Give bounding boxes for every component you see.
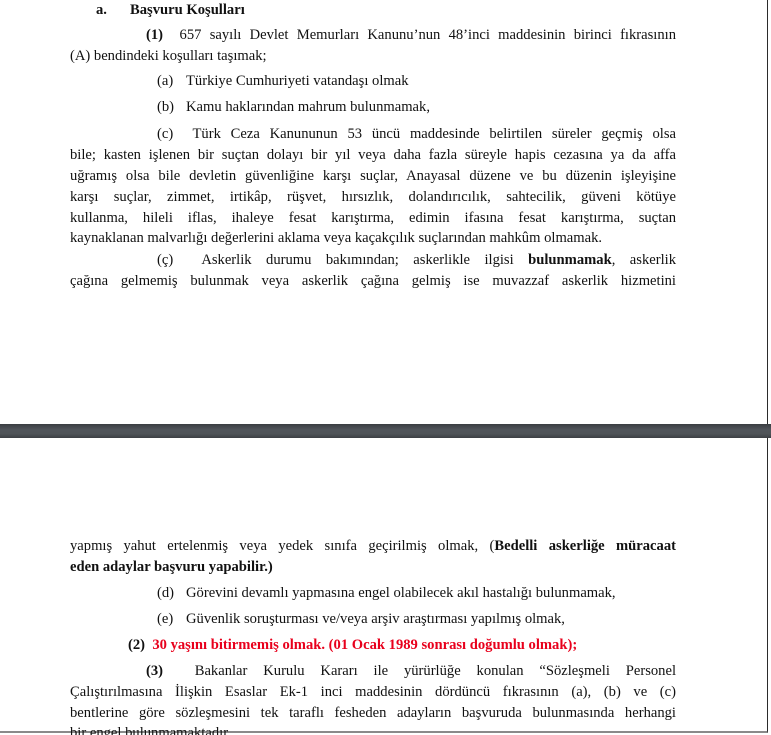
sub-c-line-3: uğramış olsa bile devletin güvenliğine k…: [70, 167, 676, 185]
section-title: Başvuru Koşulları: [130, 1, 245, 19]
sub-a-text: Türkiye Cumhuriyeti vatandaşı olmak: [186, 72, 409, 90]
item-1-number: (1): [146, 27, 163, 43]
emphasis-bedelli: Bedelli askerliğe müracaat: [494, 538, 676, 554]
sub-c-line-1: (c) Türk Ceza Kanununun 53 üncü maddesin…: [157, 125, 676, 143]
page-separator: [0, 424, 771, 438]
sub-d-text: Görevini devamlı yapmasına engel olabile…: [186, 584, 616, 602]
sub-c-line-5: kullanma, hileli iflas, ihaleye fesat ka…: [70, 209, 676, 227]
sub-c-cedilla-label: (ç): [157, 252, 173, 268]
sub-a-label: (a): [157, 72, 173, 90]
age-requirement-highlight: 30 yaşını bitirmemiş olmak. (01 Ocak 198…: [152, 637, 577, 653]
sub-b-text: Kamu haklarından mahrum bulunmamak,: [186, 98, 430, 116]
emphasis-bulunmamak: bulunmamak: [528, 252, 612, 268]
item-2: (2) 30 yaşını bitirmemiş olmak. (01 Ocak…: [128, 636, 577, 654]
pdf-page-1: a. Başvuru Koşulları (1) 657 sayılı Devl…: [0, 0, 768, 424]
sub-c-label: (c): [157, 126, 173, 142]
sub-c-cedilla-line-4: eden adaylar başvuru yapabilir.): [70, 558, 273, 576]
sub-c-cedilla-line-3: yapmış yahut ertelenmiş veya yedek sınıf…: [70, 537, 676, 555]
sub-c-line-6: kaynaklanan malvarlığı değerlerini aklam…: [70, 229, 676, 247]
sub-c-line-2: bile; kasten işlenen bir suçtan dolayı b…: [70, 146, 676, 164]
sub-c-line-4: karşı suçlar, zimmet, irtikâp, rüşvet, h…: [70, 188, 676, 206]
item-3-line-2: Çalıştırılmasına İlişkin Esaslar Ek-1 in…: [70, 683, 676, 701]
sub-e-label: (e): [157, 610, 173, 628]
item-2-number: (2): [128, 637, 145, 653]
sub-e-text: Güvenlik soruşturması ve/veya arşiv araş…: [186, 610, 565, 628]
sub-b-label: (b): [157, 98, 174, 116]
section-letter: a.: [96, 1, 107, 19]
sub-d-label: (d): [157, 584, 174, 602]
item-1-line-2: (A) bendindeki koşulları taşımak;: [70, 47, 267, 65]
item-3-number: (3): [146, 663, 163, 679]
sub-c-cedilla-line-1: (ç) Askerlik durumu bakımından; askerlik…: [157, 251, 676, 269]
sub-c-cedilla-line-2: çağına gelmemiş bulunmak veya askerlik ç…: [70, 272, 676, 290]
item-1-line-1: (1) 657 sayılı Devlet Memurları Kanunu’n…: [146, 26, 676, 44]
item-3-line-4: bir engel bulunmamaktadır.: [70, 724, 231, 735]
item-3-line-3: bentlerine göre sözleşmesini tek taraflı…: [70, 704, 676, 722]
item-3-line-1: (3) Bakanlar Kurulu Kararı ile yürürlüğe…: [146, 662, 676, 680]
